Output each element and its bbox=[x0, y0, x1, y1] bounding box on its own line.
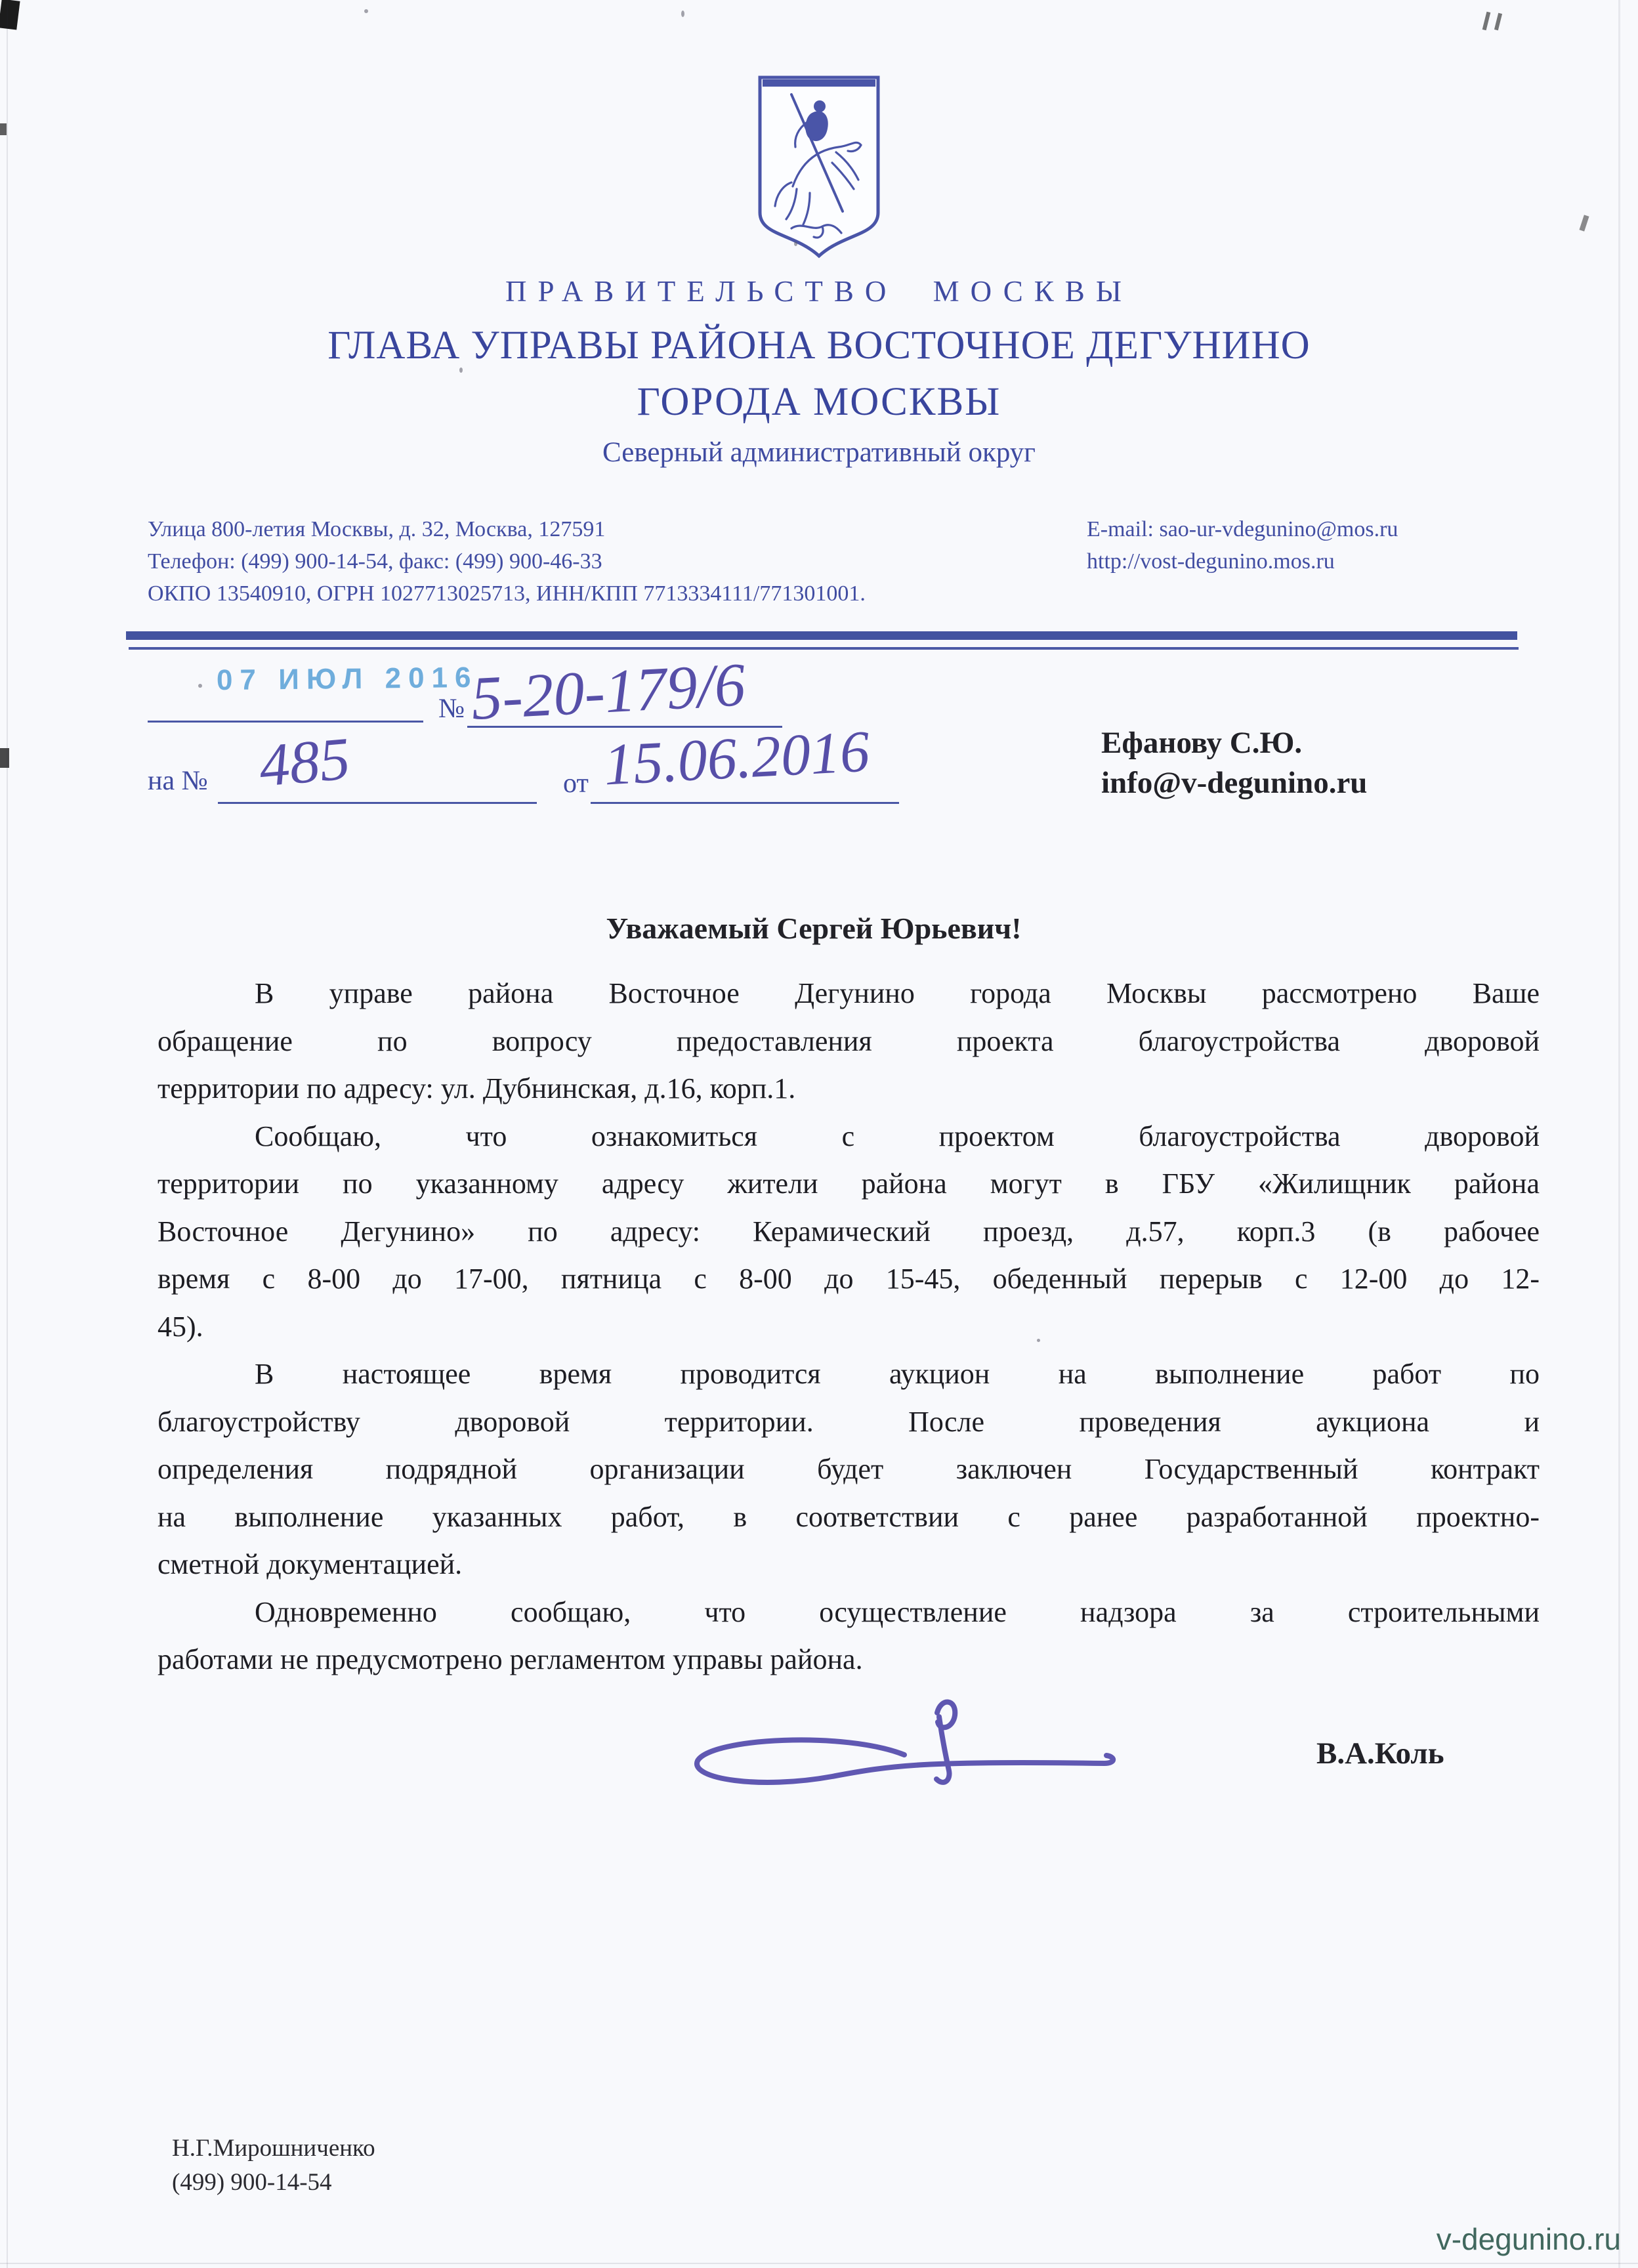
scan-artifact bbox=[0, 0, 20, 30]
recipient-block: Ефанову С.Ю. info@v-degunino.ru bbox=[1101, 723, 1367, 803]
scan-speck bbox=[364, 9, 368, 13]
from-label: от bbox=[563, 768, 589, 799]
handwritten-incoming-number: 485 bbox=[257, 723, 353, 801]
body-line: 45). bbox=[157, 1303, 1540, 1351]
number-label: № bbox=[438, 693, 465, 724]
body-line: В настоящее время проводится аукцион на … bbox=[157, 1351, 1540, 1398]
body-line: территории по адресу: ул. Дубнинская, д.… bbox=[157, 1065, 1540, 1113]
scan-speck bbox=[198, 684, 202, 688]
blank-line-from-date bbox=[591, 802, 899, 804]
recipient-email: info@v-degunino.ru bbox=[1101, 763, 1367, 803]
email-address: E-mail: sao-ur-vdegunino@mos.ru bbox=[1087, 513, 1398, 545]
org-title-line1: ГЛАВА УПРАВЫ РАЙОНА ВОСТОЧНОЕ ДЕГУНИНО bbox=[0, 323, 1638, 369]
body-line: В управе района Восточное Дегунино город… bbox=[157, 970, 1540, 1018]
letter-body: В управе района Восточное Дегунино город… bbox=[157, 970, 1540, 1684]
body-line: территории по указанному адресу жители р… bbox=[157, 1160, 1540, 1208]
postal-address: Улица 800-летия Москвы, д. 32, Москва, 1… bbox=[148, 513, 866, 545]
body-line: Восточное Дегунино» по адресу: Керамичес… bbox=[157, 1208, 1540, 1256]
body-line: работами не предусмотрено регламентом уп… bbox=[157, 1636, 1540, 1684]
scan-edge-left bbox=[7, 0, 8, 2268]
scan-speck bbox=[794, 241, 797, 246]
header-divider-thin bbox=[129, 647, 1519, 650]
org-codes: ОКПО 13540910, ОГРН 1027713025713, ИНН/К… bbox=[148, 577, 866, 610]
executor-phone: (499) 900-14-54 bbox=[172, 2166, 375, 2200]
header-divider-thick bbox=[126, 631, 1517, 640]
date-received-stamp: 07 ИЮЛ 2016 bbox=[217, 661, 478, 697]
body-line: Одновременно сообщаю, что осуществление … bbox=[157, 1589, 1540, 1637]
scan-speck bbox=[681, 10, 684, 17]
org-title-line2: ГОРОДА МОСКВЫ bbox=[0, 379, 1638, 425]
website-url: http://vost-degunino.mos.ru bbox=[1087, 545, 1398, 577]
reply-to-label: на № bbox=[148, 765, 208, 797]
scan-artifact bbox=[1579, 215, 1589, 231]
salutation: Уважаемый Сергей Юрьевич! bbox=[157, 911, 1470, 946]
blank-line-date bbox=[148, 721, 423, 723]
government-of-moscow-heading: ПРАВИТЕЛЬСТВО МОСКВЫ bbox=[0, 274, 1638, 308]
executor-name: Н.Г.Мирошниченко bbox=[172, 2131, 375, 2166]
web-contact-block: E-mail: sao-ur-vdegunino@mos.ru http://v… bbox=[1087, 513, 1398, 577]
moscow-coat-of-arms-icon bbox=[756, 73, 882, 262]
body-line: определения подрядной организации будет … bbox=[157, 1446, 1540, 1494]
handwritten-outgoing-number: 5-20-179/6 bbox=[469, 649, 747, 734]
scan-artifact bbox=[1494, 13, 1502, 31]
scan-artifact bbox=[1482, 12, 1491, 31]
scan-speck bbox=[1037, 1339, 1040, 1342]
recipient-name: Ефанову С.Ю. bbox=[1101, 723, 1367, 763]
body-line: благоустройству дворовой территории. Пос… bbox=[157, 1398, 1540, 1446]
handwritten-signature bbox=[675, 1692, 1134, 1803]
scan-speck bbox=[459, 367, 463, 373]
handwritten-incoming-date: 15.06.2016 bbox=[602, 717, 871, 799]
scan-artifact bbox=[0, 123, 7, 135]
blank-line-reply bbox=[218, 802, 537, 804]
site-watermark: v-degunino.ru bbox=[1391, 2221, 1621, 2257]
administrative-district: Северный административный округ bbox=[0, 436, 1638, 469]
scan-edge-right bbox=[1618, 0, 1620, 2268]
body-line: время с 8-00 до 17-00, пятница с 8-00 до… bbox=[157, 1255, 1540, 1303]
scanned-letter-page: ПРАВИТЕЛЬСТВО МОСКВЫ ГЛАВА УПРАВЫ РАЙОНА… bbox=[0, 0, 1638, 2268]
signer-name: В.А.Коль bbox=[1316, 1736, 1444, 1771]
body-line: обращение по вопросу предоставления прое… bbox=[157, 1018, 1540, 1066]
scan-edge-bottom bbox=[0, 2263, 1638, 2264]
body-line: Сообщаю, что ознакомиться с проектом бла… bbox=[157, 1113, 1540, 1161]
contact-block: Улица 800-летия Москвы, д. 32, Москва, 1… bbox=[148, 513, 866, 610]
body-line: сметной документацией. bbox=[157, 1541, 1540, 1589]
phone-fax: Телефон: (499) 900-14-54, факс: (499) 90… bbox=[148, 545, 866, 577]
executor-block: Н.Г.Мирошниченко (499) 900-14-54 bbox=[172, 2131, 375, 2200]
body-line: на выполнение указанных работ, в соответ… bbox=[157, 1494, 1540, 1542]
